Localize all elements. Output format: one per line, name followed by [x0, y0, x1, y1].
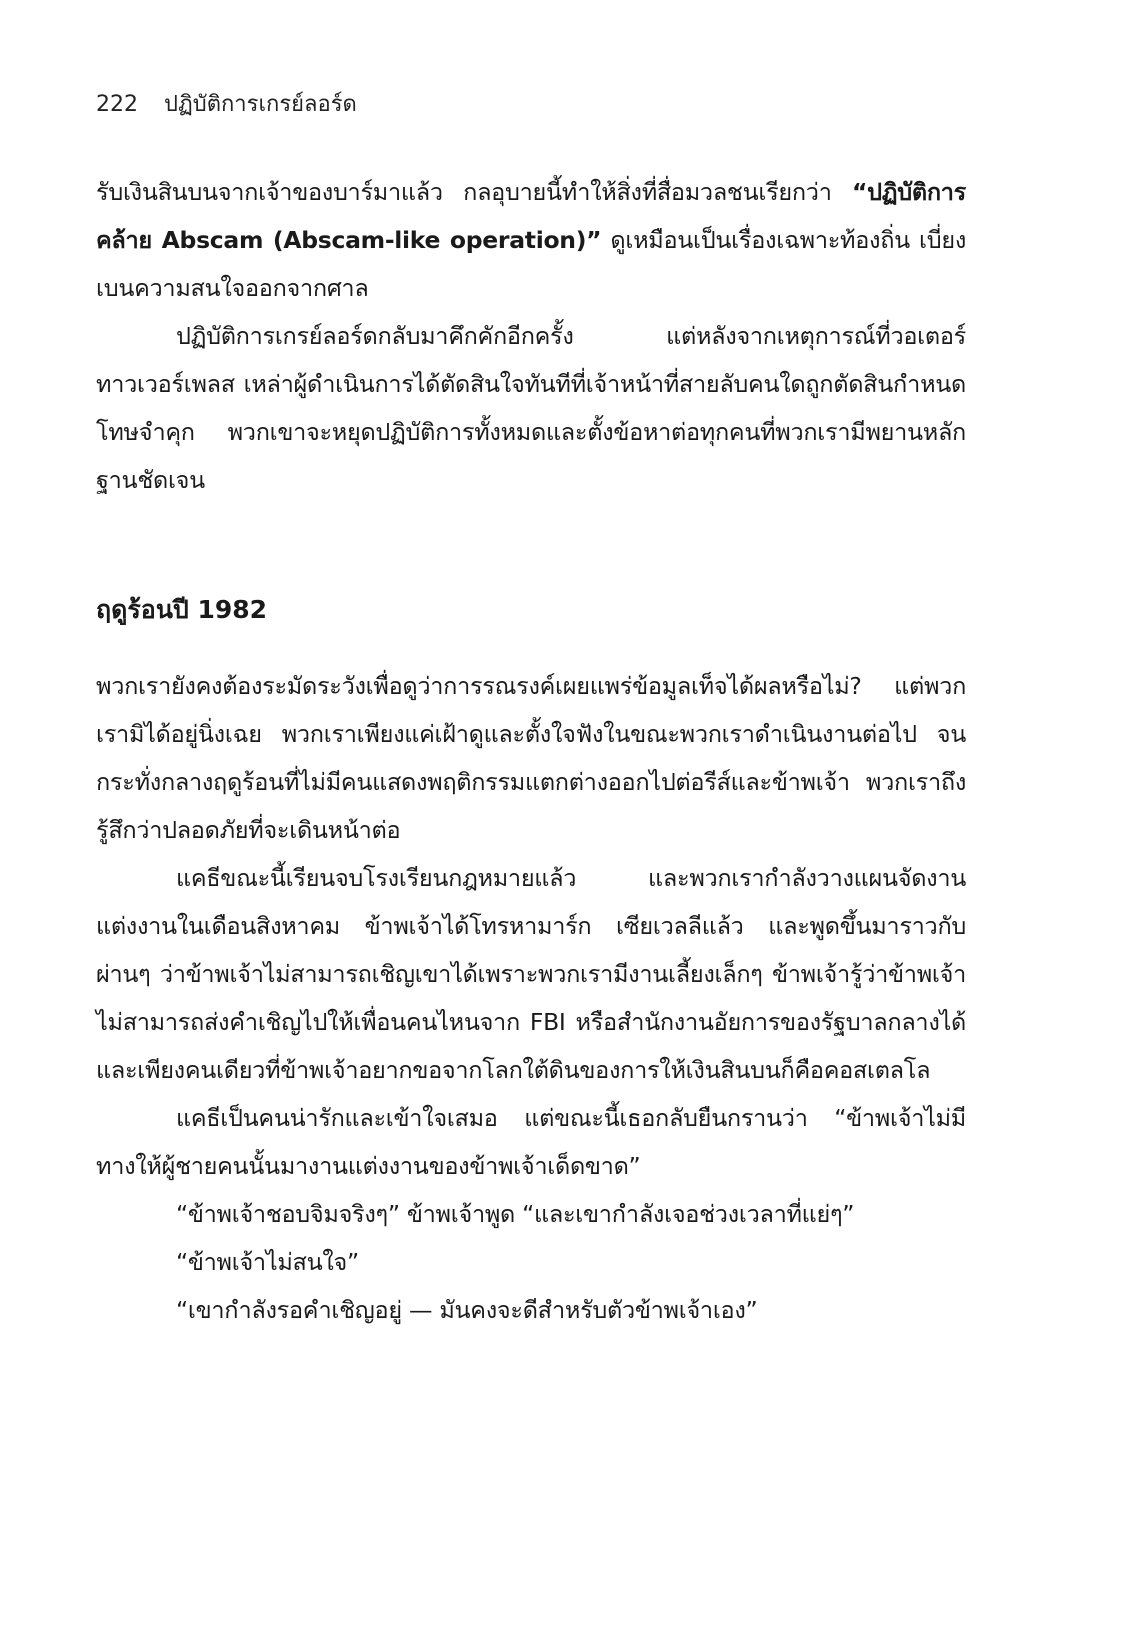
- page-number: 222: [96, 92, 138, 117]
- paragraph: แคธีขณะนี้เรียนจบโรงเรียนกฎหมายแล้ว และพ…: [96, 854, 966, 1094]
- paragraph: แคธีเป็นคนน่ารักและเข้าใจเสมอ แต่ขณะนี้เ…: [96, 1094, 966, 1190]
- dialogue-line: “ข้าพเจ้าชอบจิมจริงๆ” ข้าพเจ้าพูด “และเข…: [96, 1190, 966, 1238]
- running-title: ปฏิบัติการเกรย์ลอร์ด: [164, 86, 357, 121]
- section-body: พวกเรายังคงต้องระมัดระวังเพื่อดูว่าการรณ…: [96, 662, 966, 1334]
- paragraph-text: รับเงินสินบนจากเจ้าของบาร์มาแล้ว กลอุบาย…: [96, 178, 852, 206]
- dialogue-line: “เขากำลังรอคำเชิญอยู่ — มันคงจะดีสำหรับต…: [96, 1286, 966, 1334]
- paragraph: รับเงินสินบนจากเจ้าของบาร์มาแล้ว กลอุบาย…: [96, 168, 966, 312]
- section-heading: ฤดูร้อนปี 1982: [96, 590, 267, 630]
- section-continuation: รับเงินสินบนจากเจ้าของบาร์มาแล้ว กลอุบาย…: [96, 168, 966, 504]
- dialogue-line: “ข้าพเจ้าไม่สนใจ”: [96, 1238, 966, 1286]
- paragraph: ปฏิบัติการเกรย์ลอร์ดกลับมาคึกคักอีกครั้ง…: [96, 312, 966, 504]
- running-header: 222 ปฏิบัติการเกรย์ลอร์ด: [96, 86, 357, 121]
- paragraph: พวกเรายังคงต้องระมัดระวังเพื่อดูว่าการรณ…: [96, 662, 966, 854]
